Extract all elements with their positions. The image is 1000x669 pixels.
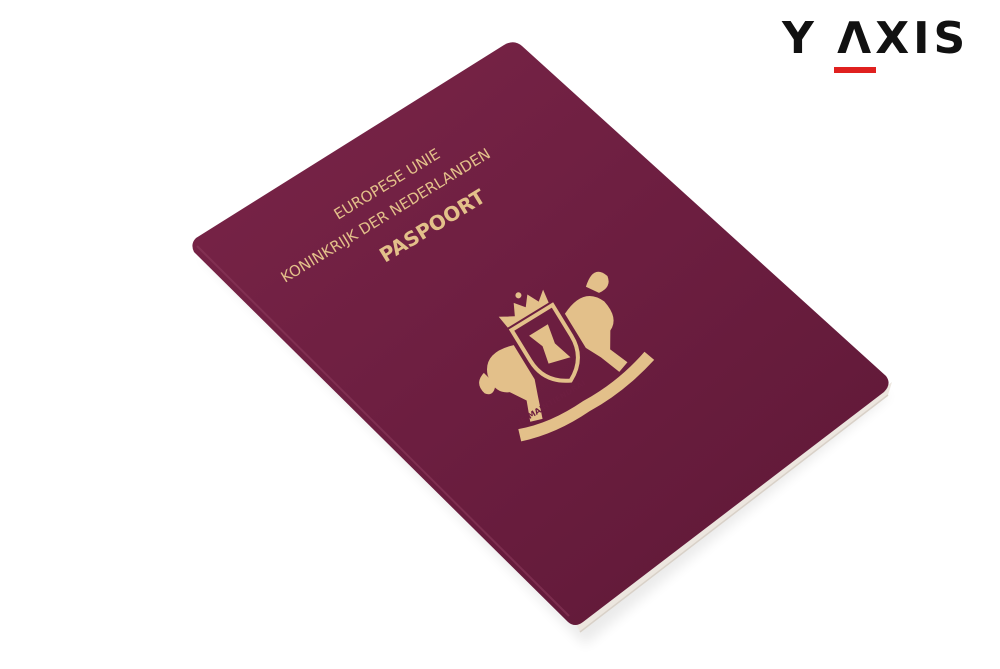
logo-text: Y ΛXIS [782, 14, 969, 64]
logo-underline [834, 67, 876, 73]
yaxis-logo: Y ΛXIS [782, 14, 982, 74]
passport-photo: EUROPESE UNIE KONINKRIJK DER NEDERLANDEN… [0, 0, 1000, 669]
